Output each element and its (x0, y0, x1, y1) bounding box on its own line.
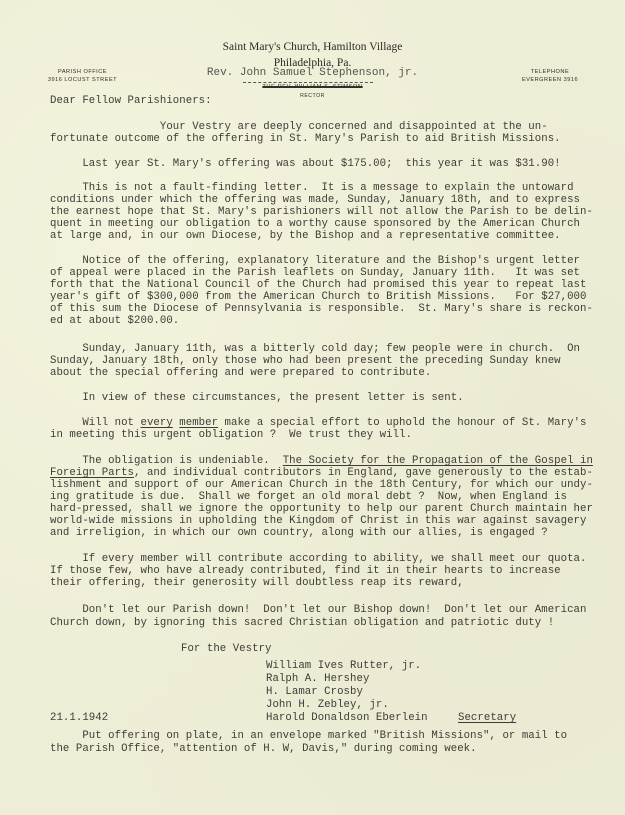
rector-printed-struck: THE REV. WILLIAM S. STIMSON (0, 84, 625, 90)
paragraph-4-line-1: Notice of the offering, explanatory lite… (50, 255, 580, 267)
paragraph-8-line-2: Foreign Parts, and individual contributo… (50, 467, 593, 479)
signatory: William Ives Rutter, jr. (266, 660, 421, 672)
paragraph-6: In view of these circumstances, the pres… (50, 392, 464, 404)
paragraph-3-line-4: quent in meeting our obligation to a wor… (50, 218, 580, 230)
letter-page: Saint Mary's Church, Hamilton Village Ph… (0, 0, 625, 815)
signatory: Ralph A. Hershey (266, 673, 369, 685)
paragraph-4-line-5: of this sum the Diocese of Pennsylvania … (50, 303, 593, 315)
paragraph-3-line-1: This is not a fault-finding letter. It i… (50, 182, 574, 194)
secretary-label: Secretary (458, 712, 516, 724)
paragraph-4-line-3: forth that the National Council of the C… (50, 279, 586, 291)
paragraph-3-line-2: conditions under which the offering was … (50, 194, 580, 206)
p8-underlined-foreign-parts: Foreign Parts (50, 467, 134, 479)
paragraph-1-line-2: fortunate outcome of the offering in St.… (50, 133, 561, 145)
paragraph-7-line-1: Will not every member make a special eff… (50, 417, 587, 429)
salutation: Dear Fellow Parishioners: (50, 95, 212, 107)
paragraph-10-line-2: Church down, by ignoring this sacred Chr… (50, 617, 554, 629)
paragraph-9-line-2: If those few, who have already contribut… (50, 565, 561, 577)
paragraph-3-line-5: at large and, in our own Diocese, by the… (50, 230, 561, 242)
postscript-line-1: Put offering on plate, in an envelope ma… (50, 730, 567, 742)
typed-dash-underline (243, 82, 373, 83)
paragraph-9-line-3: their offering, their generosity will do… (50, 577, 464, 589)
signatory: John H. Zebley, jr. (266, 699, 389, 711)
parish-office-address: 3916 LOCUST STREET (35, 77, 130, 83)
paragraph-8-line-7: and irreligion, in which our own country… (50, 527, 548, 539)
paragraph-9-line-1: If every member will contribute accordin… (50, 553, 586, 565)
p7-underlined-every: every (141, 417, 173, 429)
signatory: H. Lamar Crosby (266, 686, 363, 698)
church-name: Saint Mary's Church, Hamilton Village (0, 41, 625, 53)
paragraph-8-line-3: lishment and support of our American Chu… (50, 479, 593, 491)
paragraph-5-line-3: about the special offering and were prep… (50, 367, 431, 379)
p8-text-rest: , and individual contributors in England… (134, 467, 593, 479)
telephone-number: EVERGREEN 3916 (505, 77, 595, 83)
parish-office-label: PARISH OFFICE (35, 69, 130, 75)
paragraph-8-line-4: ing gratitude is due. Shall we forget an… (50, 491, 567, 503)
signatory: Harold Donaldson Eberlein (266, 712, 428, 724)
p8-text: The obligation is undeniable. (50, 455, 283, 467)
paragraph-4-line-6: ed at about $200.00. (50, 315, 179, 327)
postscript-line-2: the Parish Office, "attention of H. W, D… (50, 743, 477, 755)
paragraph-3-line-3: the earnest hope that St. Mary's parishi… (50, 206, 593, 218)
paragraph-8-line-5: hard-pressed, shall we ignore the opport… (50, 503, 593, 515)
telephone-label: TELEPHONE (505, 69, 595, 75)
paragraph-5-line-2: Sunday, January 18th, only those who had… (50, 355, 561, 367)
paragraph-10-line-1: Don't let our Parish down! Don't let our… (50, 604, 586, 616)
paragraph-4-line-2: of appeal were placed in the Parish leaf… (50, 267, 580, 279)
p7-text-rest: make a special effort to uphold the hono… (218, 417, 586, 429)
paragraph-8-line-6: world-wide missions in upholding the Kin… (50, 515, 586, 527)
p8-underlined-society: The Society for the Propagation of the G… (283, 455, 593, 467)
p7-underlined-member: member (179, 417, 218, 429)
paragraph-8-line-1: The obligation is undeniable. The Societ… (50, 455, 593, 467)
paragraph-5-line-1: Sunday, January 11th, was a bitterly col… (50, 343, 580, 355)
letter-date: 21.1.1942 (50, 712, 108, 724)
paragraph-4-line-4: year's gift of $300,000 from the America… (50, 291, 586, 303)
p7-text: Will not (50, 417, 141, 429)
paragraph-1-line-1: Your Vestry are deeply concerned and dis… (50, 121, 548, 133)
paragraph-7-line-2: in meeting this urgent obligation ? We t… (50, 429, 412, 441)
closing: For the Vestry (181, 643, 272, 655)
paragraph-2: Last year St. Mary's offering was about … (50, 158, 561, 170)
